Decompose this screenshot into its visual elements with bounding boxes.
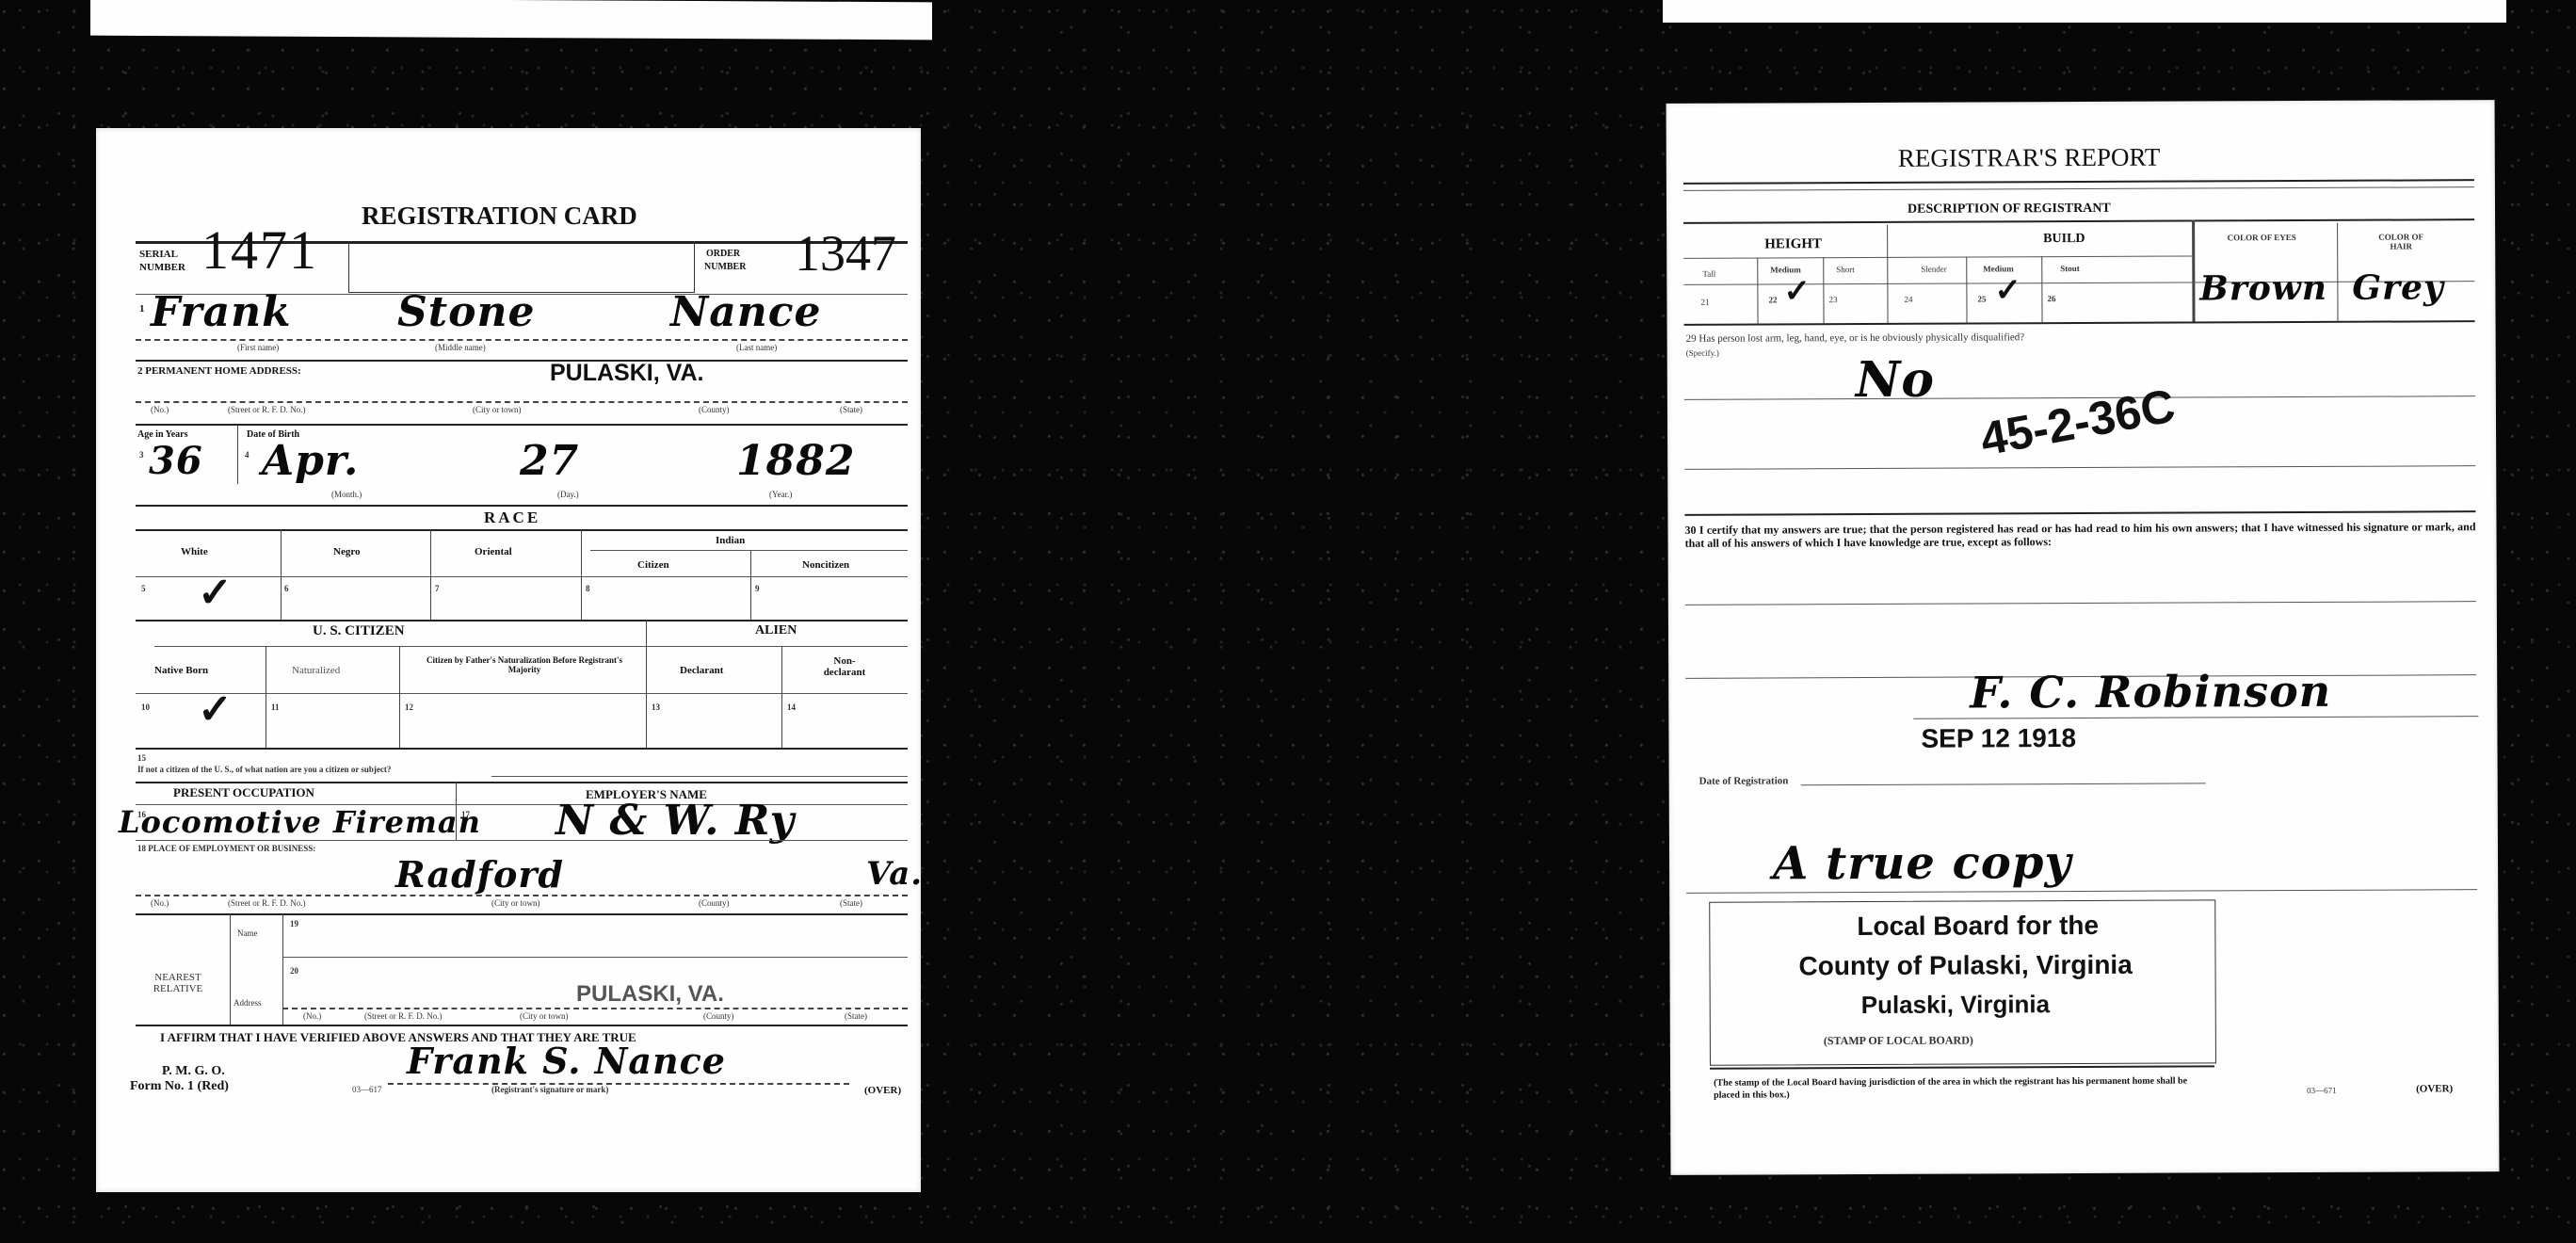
employer-value: N & W. Ry bbox=[555, 797, 795, 845]
first-name: Frank bbox=[151, 288, 292, 336]
true-copy-annotation: A true copy bbox=[1773, 836, 2072, 890]
classification-stamp: 45-2-36C bbox=[1976, 378, 2179, 466]
home-address-stamp: PULASKI, VA. bbox=[550, 360, 703, 387]
age-value: 36 bbox=[149, 439, 203, 483]
height-medium-checkmark: ✓ bbox=[1783, 272, 1811, 310]
address-label: 2 PERMANENT HOME ADDRESS: bbox=[137, 365, 301, 377]
local-board-stamp-box: Local Board for the County of Pulaski, V… bbox=[1709, 899, 2216, 1065]
dob-day: 27 bbox=[520, 437, 579, 485]
order-label-2: NUMBER bbox=[704, 262, 746, 272]
dob-month: Apr. bbox=[262, 437, 359, 485]
middle-name: Stone bbox=[397, 288, 535, 336]
eye-color: Brown bbox=[2199, 268, 2327, 309]
registrars-report-back: REGISTRAR'S REPORT DESCRIPTION OF REGIST… bbox=[1666, 100, 2500, 1175]
occupation-value: Locomotive Fireman bbox=[119, 804, 481, 840]
relative-address-stamp: PULASKI, VA. bbox=[576, 981, 724, 1008]
disability-answer: No bbox=[1856, 351, 1935, 409]
registrar-signature: F. C. Robinson bbox=[1970, 666, 2331, 718]
order-number: 1347 bbox=[795, 224, 896, 282]
place-state: Va. bbox=[866, 855, 923, 893]
order-label: ORDER bbox=[706, 249, 740, 259]
place-city: Radford bbox=[395, 853, 564, 896]
previous-card-right-edge bbox=[1663, 0, 2506, 23]
previous-card-left-edge bbox=[90, 0, 932, 40]
registrant-signature: Frank S. Nance bbox=[407, 1040, 726, 1082]
registration-card-front: REGISTRATION CARD SERIAL NUMBER 1471 ORD… bbox=[96, 128, 921, 1192]
serial-number: 1471 bbox=[201, 218, 318, 282]
race-title: RACE bbox=[484, 508, 540, 527]
dob-year: 1882 bbox=[736, 437, 855, 485]
hair-color: Grey bbox=[2352, 267, 2444, 307]
serial-label-2: NUMBER bbox=[139, 262, 185, 273]
white-checkmark: ✓ bbox=[198, 569, 233, 617]
last-name: Nance bbox=[670, 288, 822, 336]
serial-label: SERIAL bbox=[139, 249, 178, 260]
card-title: REGISTRATION CARD bbox=[362, 202, 637, 231]
build-medium-checkmark: ✓ bbox=[1994, 271, 2021, 309]
report-title: REGISTRAR'S REPORT bbox=[1898, 143, 2161, 173]
serial-blank-box bbox=[348, 241, 695, 293]
registration-date-stamp: SEP 12 1918 bbox=[1921, 723, 2076, 754]
native-born-checkmark: ✓ bbox=[198, 686, 233, 734]
